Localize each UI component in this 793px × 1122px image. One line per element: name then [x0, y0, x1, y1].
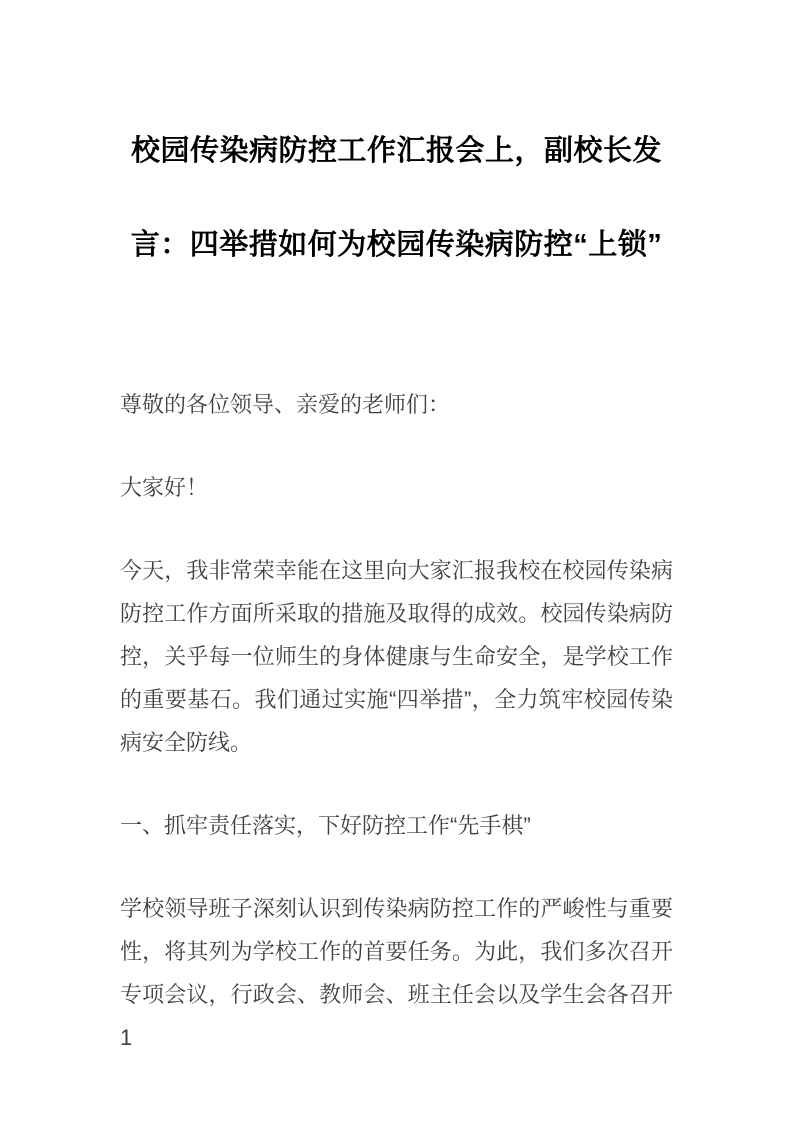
- document-page: 校园传染病防控工作汇报会上，副校长发 言：四举措如何为校园传染病防控“上锁” 尊…: [0, 0, 793, 1122]
- document-body: 尊敬的各位领导、亲爱的老师们： 大家好！ 今天，我非常荣幸能在这里向大家汇报我校…: [120, 383, 673, 1059]
- section-1-heading: 一、抓牢责任落实，下好防控工作“先手棋”: [120, 804, 673, 847]
- document-title: 校园传染病防控工作汇报会上，副校长发 言：四举措如何为校园传染病防控“上锁”: [120, 104, 673, 292]
- document-title-line-2: 言：四举措如何为校园传染病防控“上锁”: [120, 198, 673, 292]
- intro-paragraph: 今天，我非常荣幸能在这里向大家汇报我校在校园传染病防控工作方面所采取的措施及取得…: [120, 549, 673, 764]
- document-title-line-1: 校园传染病防控工作汇报会上，副校长发: [120, 104, 673, 198]
- greeting-line: 大家好！: [120, 466, 673, 509]
- salutation-line: 尊敬的各位领导、亲爱的老师们：: [120, 383, 673, 426]
- section-1-paragraph: 学校领导班子深刻认识到传染病防控工作的严峻性与重要性，将其列为学校工作的首要任务…: [120, 887, 673, 1059]
